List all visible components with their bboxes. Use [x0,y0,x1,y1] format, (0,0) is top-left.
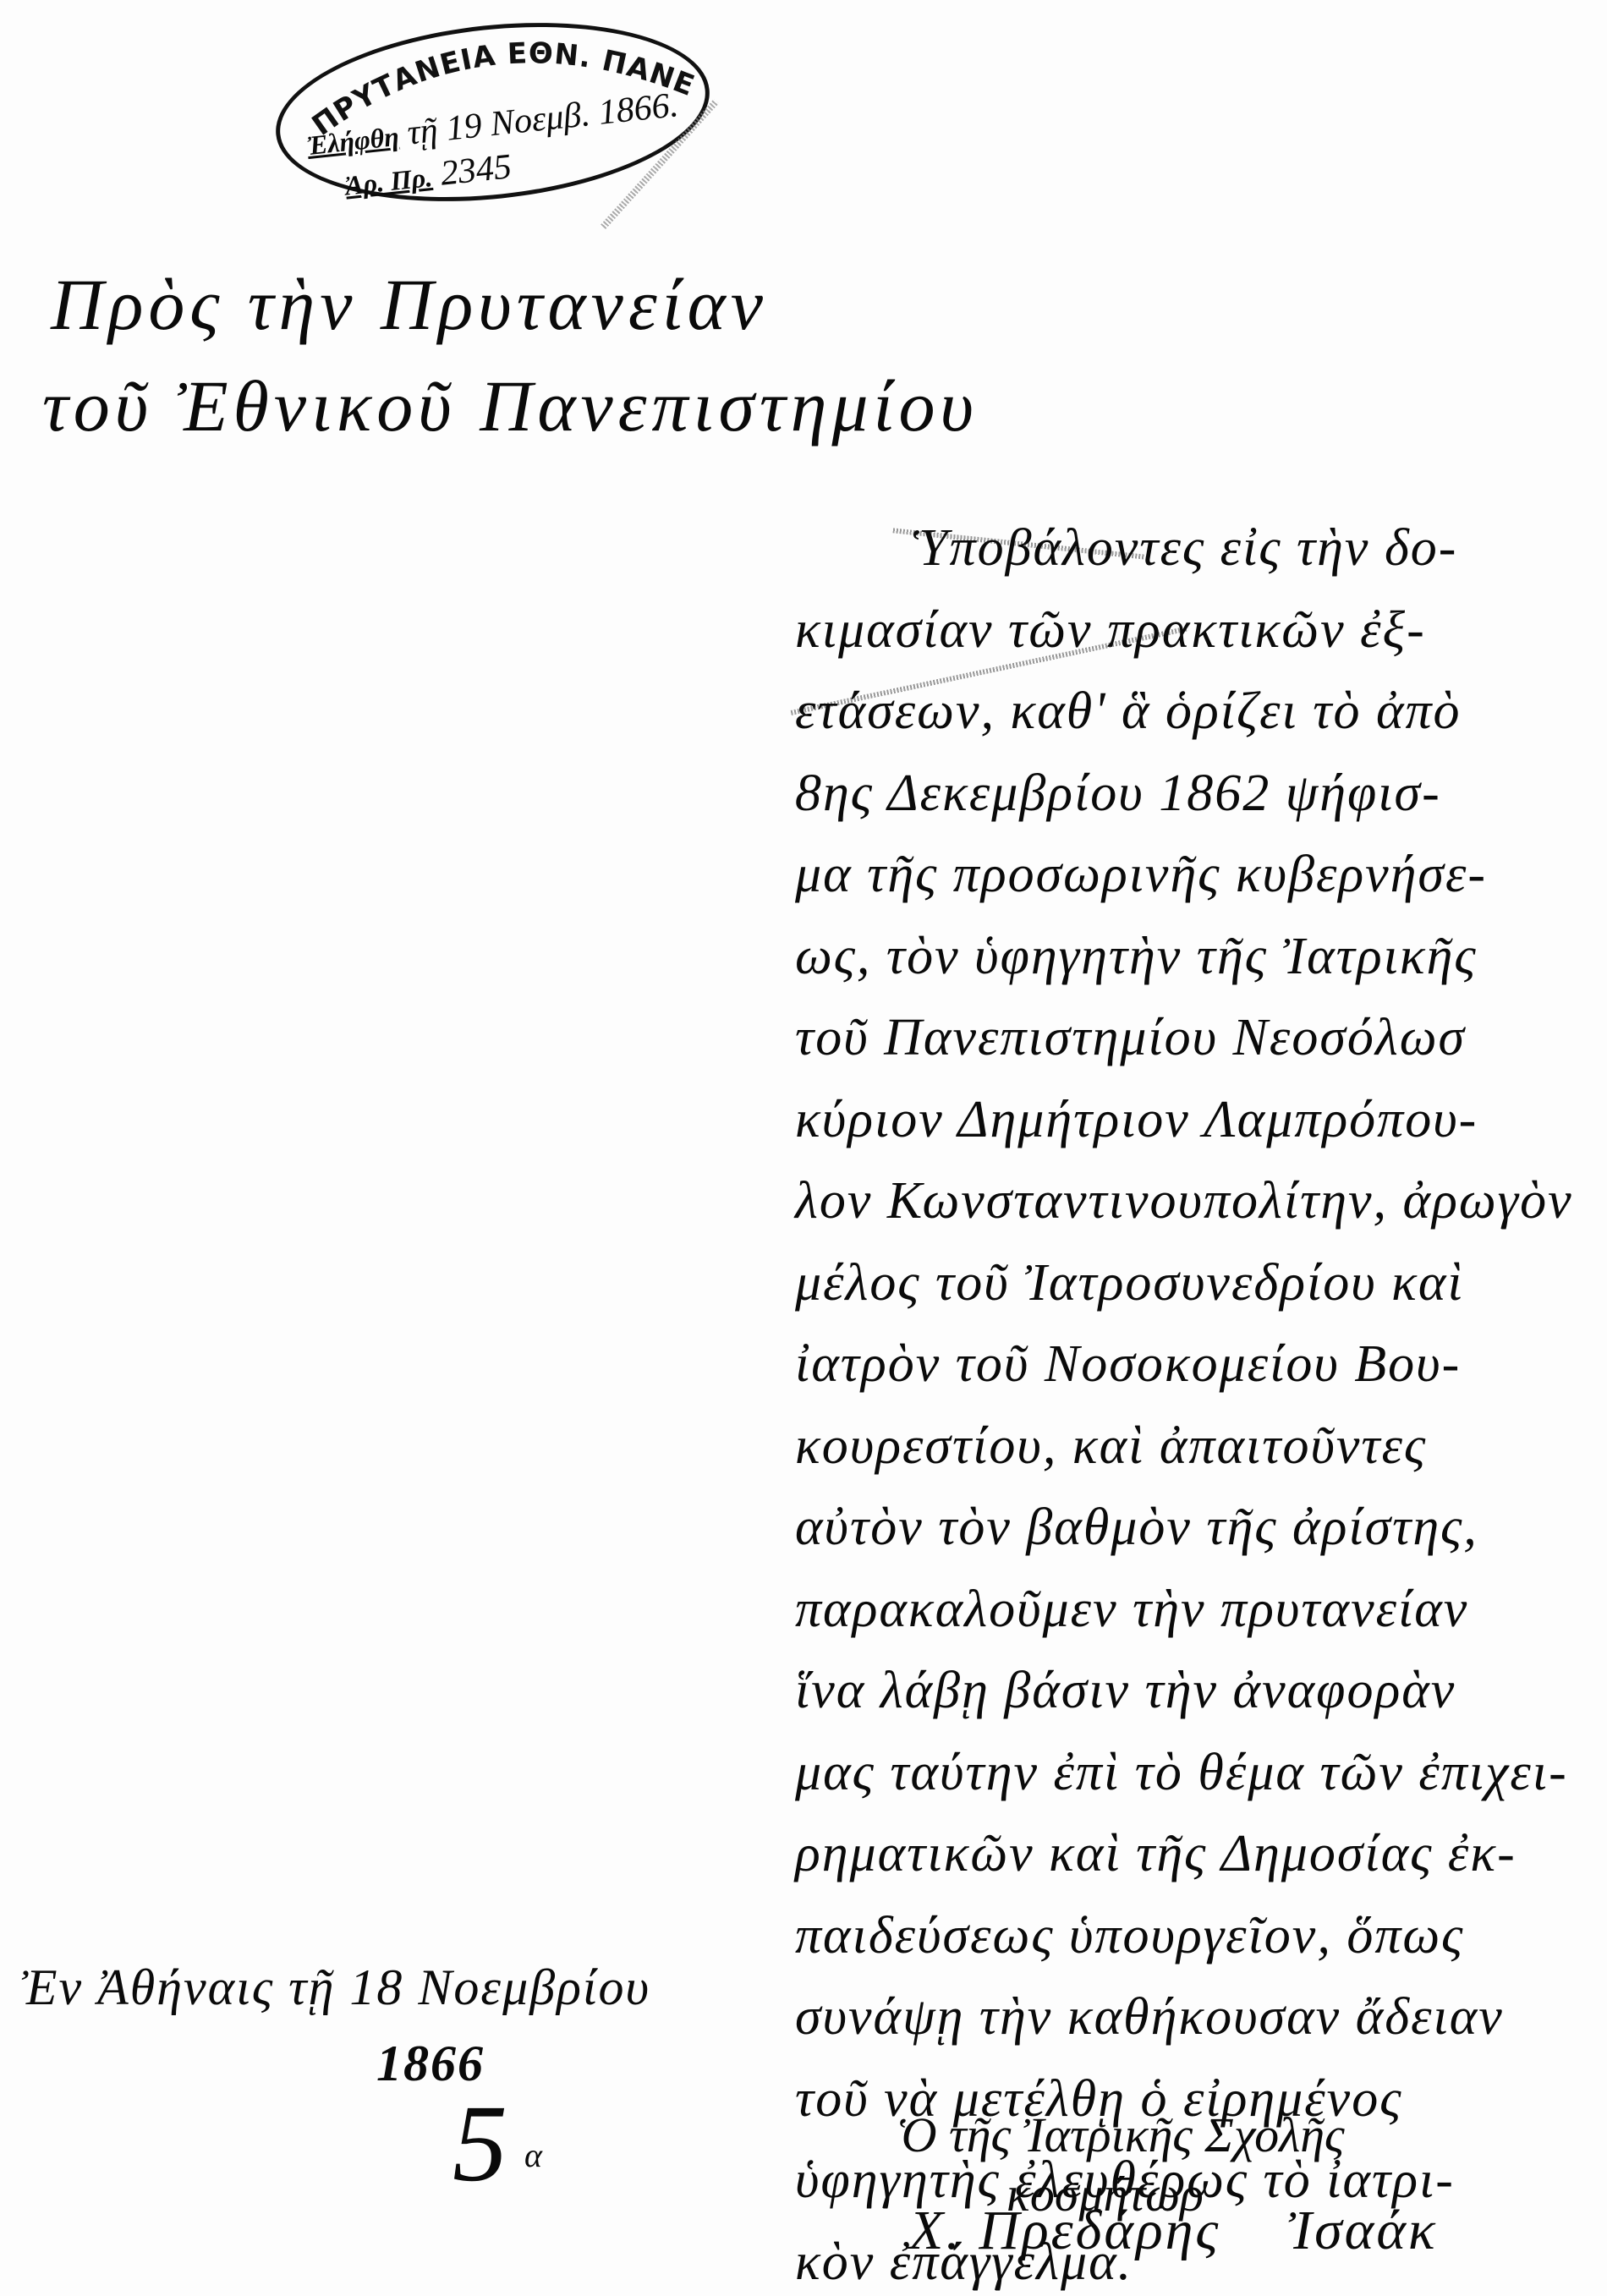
notation-sup: α [524,2136,542,2174]
body-line: ως, τὸν ὑφηγητὴν τῆς Ἰατρικῆς [795,916,1590,998]
letter-address: Πρὸς τὴν Πρυτανείαν τοῦ Ἐθνικοῦ Πανεπιστ… [51,254,979,457]
signatures: Χ. Πρεδάρης Ἰσαάκ [909,2199,1438,2263]
stamp-received-label: Ἐλήφθη [305,121,400,161]
address-line-2: τοῦ Ἐθνικοῦ Πανεπιστημίου [42,355,979,457]
date-line: Ἐν Ἀθήναις τῇ 18 Νοεμβρίου 1866 [21,1949,650,2101]
body-line: ἵνα λάβῃ βάσιν τὴν ἀναφορὰν [795,1650,1590,1732]
body-line: λον Κωνσταντινουπολίτην, ἀρωγὸν [795,1160,1590,1242]
letter-body: Ὑποβάλοντες εἰς τὴν δο- κιμασίαν τῶν πρα… [795,507,1590,2296]
margin-notation: 5α [452,2089,542,2199]
body-line: κιμασίαν τῶν πρακτικῶν ἐξ- [795,589,1590,671]
body-line: ἰατρὸν τοῦ Νοσοκομείου Βου- [795,1323,1590,1406]
body-line: μέλος τοῦ Ἰατροσυνεδρίου καὶ [795,1242,1590,1324]
address-line-1: Πρὸς τὴν Πρυτανείαν [51,264,768,345]
body-line: ετάσεων, καθ' ἃ ὁρίζει τὸ ἀπὸ [795,671,1590,753]
registry-stamp: ΠΡΥΤΑΝΕΙΑ ΕΘΝ. ΠΑΝΕΠΙΣΤ. Ἐλήφθη τῇ 19 Νο… [267,3,719,222]
notation-mark: 5 [452,2083,507,2205]
body-line: 8ης Δεκεμβρίου 1862 ψήφισ- [795,753,1590,835]
body-line: αὐτὸν τὸν βαθμὸν τῆς ἀρίστης, [795,1487,1590,1569]
body-line: μας ταύτην ἐπὶ τὸ θέμα τῶν ἐπιχει- [795,1732,1590,1814]
place-date: Ἐν Ἀθήναις τῇ 18 Νοεμβρίου [21,1959,650,2015]
body-line: κύριον Δημήτριον Λαμπρόπου- [795,1079,1590,1161]
signature-2: Ἰσαάκ [1288,2200,1438,2261]
body-line: Ὑποβάλοντες εἰς τὴν δο- [795,507,1590,589]
body-line: συνάψῃ τὴν καθήκουσαν ἄδειαν [795,1976,1590,2058]
body-line: τοῦ Πανεπιστημίου Νεοσόλωσ [795,997,1590,1079]
body-line: παρακαλοῦμεν τὴν πρυτανείαν [795,1569,1590,1651]
document-page: ΠΡΥΤΑΝΕΙΑ ΕΘΝ. ΠΑΝΕΠΙΣΤ. Ἐλήφθη τῇ 19 Νο… [0,0,1607,2296]
body-line: παιδεύσεως ὑπουργεῖον, ὅπως [795,1895,1590,1977]
closing-line-1: Ὁ τῆς Ἰατρικῆς Σχολῆς [897,2107,1345,2162]
stamp-protocol-number: 2345 [439,147,513,194]
signature-1: Χ. Πρεδάρης [909,2200,1220,2261]
body-line: ρηματικῶν καὶ τῆς Δημοσίας ἐκ- [795,1813,1590,1895]
body-line: μα τῆς προσωρινῆς κυβερνήσε- [795,834,1590,916]
stamp-protocol-label: Ἀρ. Πρ. [343,162,433,201]
body-line: κουρεστίου, καὶ ἀπαιτοῦντες [795,1406,1590,1488]
